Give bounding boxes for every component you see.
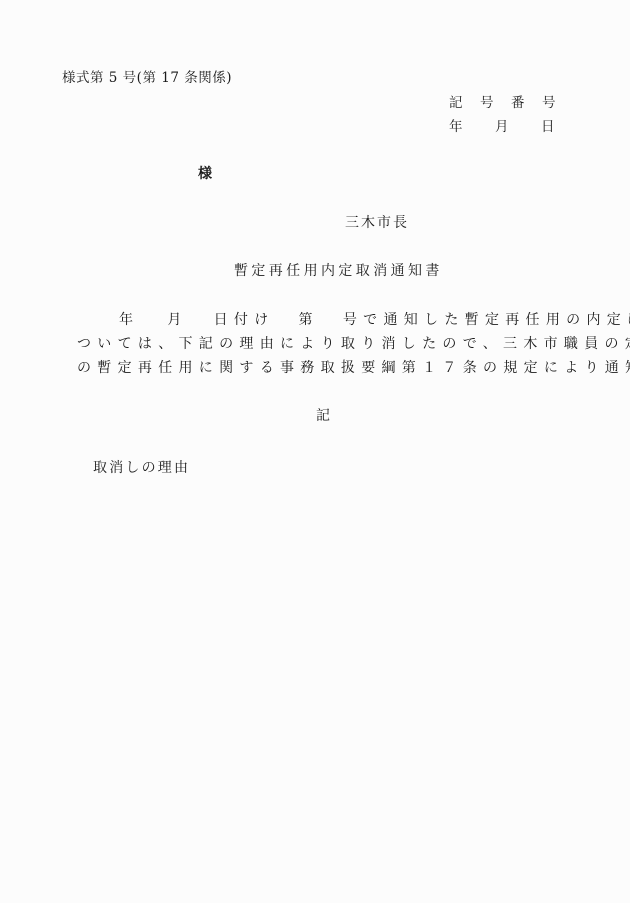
- issuer-name: 三木市長: [345, 212, 409, 232]
- body-day-suffix: 日付け: [214, 312, 275, 328]
- body-paragraph: 年月日付け第号で通知した暫定再任用の内定に ついては、下記の理由により取り消した…: [77, 308, 577, 380]
- reference-date-line: 年 月 日: [449, 115, 587, 135]
- body-line-1-rest: 号で通知した暫定再任用の内定に: [343, 312, 630, 328]
- body-line-3: の暫定再任用に関する事務取扱要綱第１７条の規定により通知します。: [77, 356, 577, 380]
- ki-heading: 記: [316, 405, 330, 425]
- body-line-1: 年月日付け第号で通知した暫定再任用の内定に: [77, 308, 577, 332]
- body-number-prefix: 第: [299, 312, 319, 328]
- date-year: 年: [449, 115, 495, 135]
- body-month: 月: [167, 312, 187, 328]
- document-title: 暫定再任用内定取消通知書: [234, 260, 443, 280]
- body-year: 年: [119, 312, 139, 328]
- ref-char-go: 号: [480, 91, 511, 111]
- ref-char-go2: 号: [542, 91, 573, 111]
- body-line-2: ついては、下記の理由により取り消したので、三木市職員の定年退職者等: [77, 332, 577, 356]
- date-day: 日: [541, 115, 587, 135]
- reference-number-line: 記 号 番 号: [449, 91, 573, 111]
- addressee-suffix: 様: [198, 163, 212, 183]
- ref-char-ki: 記: [449, 91, 480, 111]
- ref-char-ban: 番: [511, 91, 542, 111]
- cancellation-reason-label: 取消しの理由: [93, 457, 190, 477]
- form-number-label: 様式第 5 号(第 17 条関係): [62, 66, 232, 86]
- date-month: 月: [495, 115, 541, 135]
